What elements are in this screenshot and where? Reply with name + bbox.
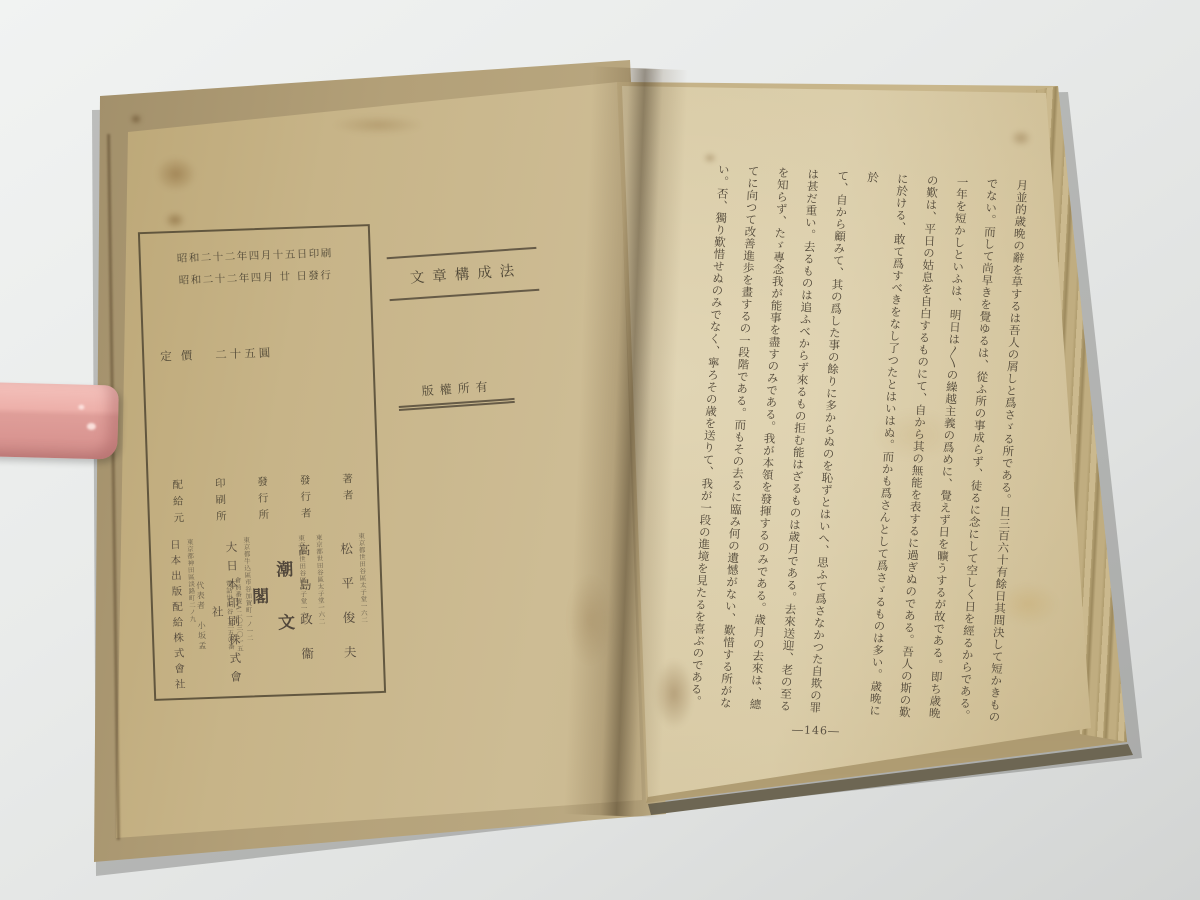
colophon-box: 昭和二十二年四月十五日印刷 昭和二十二年四月 廿 日發行 定價二十五圓 著者 東… xyxy=(138,224,386,701)
price-label: 定價 xyxy=(160,348,201,363)
eraser-chip-mark xyxy=(87,423,96,430)
address: 東京都世田谷區太子堂一六二 xyxy=(357,532,371,687)
role-label: 發行所 xyxy=(255,476,272,528)
person-name: 松平俊夫 xyxy=(336,533,359,689)
role-label: 著者 xyxy=(340,473,357,525)
role-label: 印刷所 xyxy=(213,477,230,529)
address: 東京都世田谷區太子堂一六二 xyxy=(315,534,329,689)
colophon-roles: 著者 東京都世田谷區太子堂一六二 松平俊夫 發行者 東京都世田谷區太子堂一六二 … xyxy=(157,472,376,694)
distributor-name: 日本出版配給株式會社 xyxy=(168,539,188,694)
right-page-text: 月並的歳晩の辭を草するは吾人の屑しと爲さゞる所である。日三百六十有餘日其間決して… xyxy=(704,164,1036,727)
pink-eraser xyxy=(0,382,119,459)
foxing-stain xyxy=(128,112,144,126)
photo-scene: 昭和二十二年四月十五日印刷 昭和二十二年四月 廿 日發行 定價二十五圓 著者 東… xyxy=(0,0,1200,900)
colophon-entry-author: 著者 東京都世田谷區太子堂一六二 松平俊夫 xyxy=(326,472,375,688)
eraser-chip-mark xyxy=(78,405,84,410)
foxing-stain xyxy=(318,112,438,138)
foxing-stain xyxy=(1006,126,1036,150)
price-line: 定價二十五圓 xyxy=(160,341,372,364)
publication-dates: 昭和二十二年四月十五日印刷 昭和二十二年四月 廿 日發行 xyxy=(140,241,369,293)
role-label: 發行者 xyxy=(297,474,314,526)
foxing-stain xyxy=(160,208,190,232)
foxing-stain xyxy=(560,560,620,680)
foxing-stain xyxy=(148,150,204,198)
price-value: 二十五圓 xyxy=(215,346,273,362)
role-label: 配給元 xyxy=(170,479,187,531)
page-number: ―146― xyxy=(792,723,840,738)
